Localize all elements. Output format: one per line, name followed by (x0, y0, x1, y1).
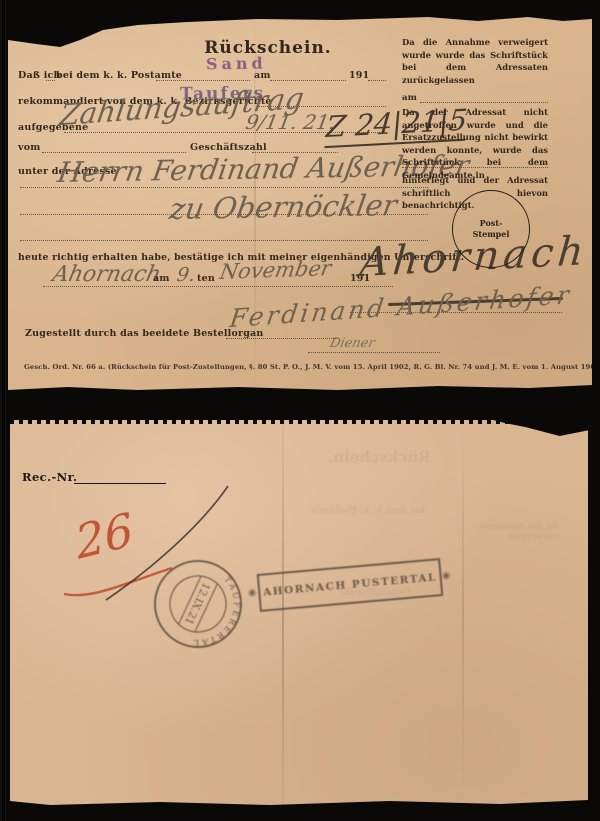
post-stempel-circle: Post- Stempel (452, 190, 530, 268)
bleedthrough-text: bei dem k. k. Postamte (310, 506, 425, 516)
torn-notch (493, 420, 588, 436)
vom-label: vom (18, 142, 41, 153)
handwritten-document-date: 9/11. 21. (244, 110, 338, 134)
datestamp-date: 12.IX.21 (182, 581, 212, 627)
am-label: am (402, 93, 417, 103)
ruled-line (270, 80, 346, 81)
ruled-line (156, 80, 250, 81)
ruckschein-back-page: Rec.-Nr. 26 12.IX.21 TAUFERERTAL ✳ AHORN… (10, 420, 588, 806)
ruled-line (420, 102, 548, 103)
ruled-line (402, 167, 548, 168)
year-191-label: 191 (349, 70, 369, 81)
circular-datestamp: 12.IX.21 TAUFERERTAL (148, 554, 248, 654)
bleedthrough-text: Geschäftszahl (340, 588, 410, 598)
ruled-line (308, 352, 440, 353)
handwritten-day: 9. (175, 264, 196, 286)
handwritten-deliverer-signature: Ferdinand Außerhofer (228, 280, 574, 333)
form-title: Rückschein. (158, 38, 378, 58)
rec-nr-label: Rec.-Nr. (22, 470, 77, 484)
handwritten-note: Diener (328, 336, 376, 351)
bleedthrough-text: Da die Annahme verweigert (438, 522, 558, 542)
not-found-paragraph: Da der Adressat nicht angetroffen wurde … (402, 106, 548, 182)
refused-paragraph: Da die Annahme verweigert wurde wurde da… (402, 36, 548, 86)
am-label: am (153, 273, 170, 284)
ruled-line (368, 80, 386, 81)
ruled-line (42, 152, 186, 153)
scan-left-edge (0, 0, 8, 821)
ruled-line (46, 80, 55, 81)
ruckschein-front-page: Rückschein. Sand Daß ich bei dem k. k. P… (8, 14, 592, 392)
paper-crease (254, 14, 256, 392)
paper-crease (282, 420, 284, 806)
post-stempel-label-line2: Stempel (473, 230, 510, 240)
handwritten-month: November (218, 256, 333, 284)
asterisk-icon: ✳ (441, 570, 452, 583)
bleedthrough-text: Rückschein. (328, 448, 431, 466)
handwritten-addressee-place: zu Obernöckler (167, 188, 399, 226)
footnote: Gesch. Ord. Nr. 66 a. (Rückschein für Po… (24, 363, 600, 371)
ahornach-box-stamp: ✳ AHORNACH PUSTERTAL ✳ (257, 558, 444, 612)
asterisk-icon: ✳ (247, 587, 258, 600)
paper-crease (462, 420, 464, 806)
ruled-line (226, 338, 338, 339)
handwritten-place: Ahornach (50, 262, 163, 287)
post-stempel-label-line1: Post- (480, 219, 503, 229)
ten-label: ten (197, 273, 215, 284)
am-label: am (254, 70, 271, 81)
